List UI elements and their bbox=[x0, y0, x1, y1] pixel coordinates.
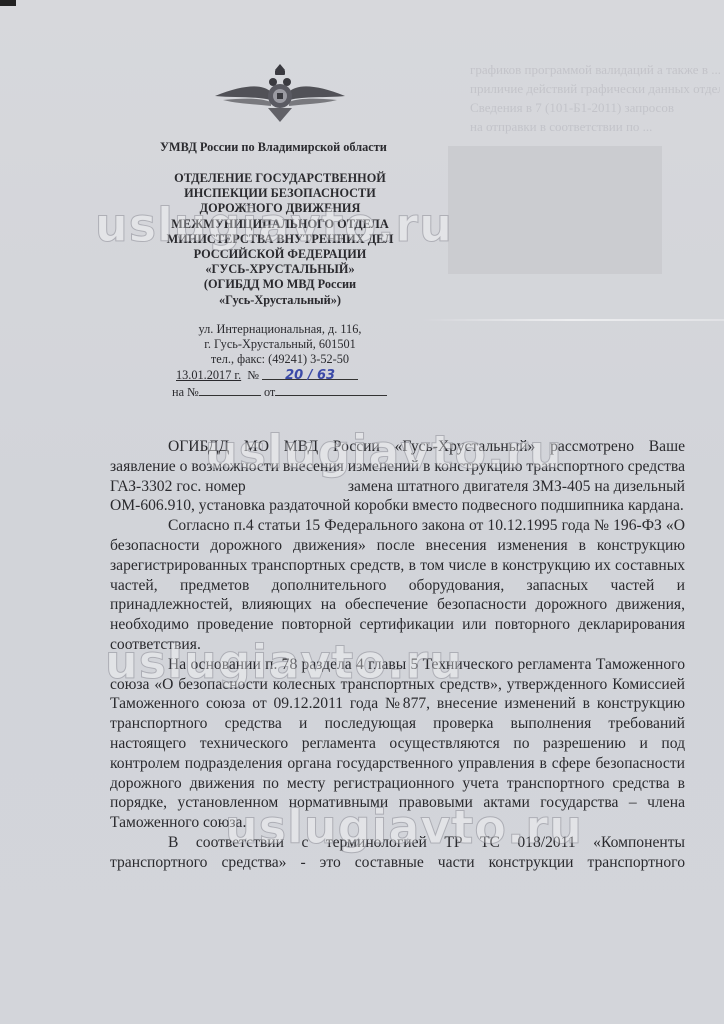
department-line: ОТДЕЛЕНИЕ ГОСУДАРСТВЕННОЙ bbox=[150, 171, 410, 186]
department-name: ОТДЕЛЕНИЕ ГОСУДАРСТВЕННОЙ ИНСПЕКЦИИ БЕЗО… bbox=[150, 171, 410, 308]
incoming-reference: на № от bbox=[150, 383, 410, 400]
department-line: (ОГИБДД МО МВД России bbox=[150, 277, 410, 292]
department-line: МИНИСТЕРСТВА ВНУТРЕННИХ ДЕЛ bbox=[150, 232, 410, 247]
letter-date: 13.01.2017 г. bbox=[176, 368, 241, 382]
department-line: ИНСПЕКЦИИ БЕЗОПАСНОСТИ bbox=[150, 186, 410, 201]
address-city: г. Гусь-Хрустальный, 601501 bbox=[150, 337, 410, 352]
ref-date-label: от bbox=[264, 385, 275, 399]
outgoing-number-field: 20 / 63 bbox=[262, 367, 358, 380]
letterhead: УМВД России по Владимирской области ОТДЕ… bbox=[150, 62, 410, 400]
body-paragraph: В соответствии с терминологией ТР ТС 018… bbox=[110, 833, 685, 873]
address-street: ул. Интернациональная, д. 116, bbox=[150, 322, 410, 337]
redacted-addressee-block bbox=[448, 146, 662, 274]
outgoing-registration: 13.01.2017 г. № 20 / 63 bbox=[150, 367, 410, 383]
address-phone: тел., факс: (49241) 3-52-50 bbox=[150, 352, 410, 367]
handwritten-number: 20 / 63 bbox=[285, 368, 335, 383]
department-line: РОССИЙСКОЙ ФЕДЕРАЦИИ bbox=[150, 247, 410, 262]
mvd-eagle-emblem-icon bbox=[205, 62, 355, 128]
letter-body: ОГИБДД МО МВД России «Гусь-Хрустальный» … bbox=[110, 437, 685, 873]
body-paragraph: ОГИБДД МО МВД России «Гусь-Хрустальный» … bbox=[110, 437, 685, 516]
scanned-letter-page: графиков программой валидаций а также в … bbox=[0, 0, 724, 1024]
department-line: МЕЖМУНИЦИПАЛЬНОГО ОТДЕЛА bbox=[150, 217, 410, 232]
parent-organization: УМВД России по Владимирской области bbox=[150, 140, 410, 155]
paper-fold-line bbox=[420, 319, 724, 321]
number-label: № bbox=[247, 368, 259, 382]
department-line: «Гусь-Хрустальный») bbox=[150, 293, 410, 308]
ref-date-field bbox=[275, 383, 387, 396]
ref-number-label: на № bbox=[172, 385, 199, 399]
address-block: ул. Интернациональная, д. 116, г. Гусь-Х… bbox=[150, 322, 410, 367]
department-line: «ГУСЬ-ХРУСТАЛЬНЫЙ» bbox=[150, 262, 410, 277]
ref-number-field bbox=[199, 383, 261, 396]
scan-edge-mark bbox=[0, 0, 16, 6]
department-line: ДОРОЖНОГО ДВИЖЕНИЯ bbox=[150, 201, 410, 216]
body-paragraph: На основании п. 78 раздела 4 главы 5 Тех… bbox=[110, 655, 685, 833]
body-paragraph: Согласно п.4 статьи 15 Федерального зако… bbox=[110, 516, 685, 655]
